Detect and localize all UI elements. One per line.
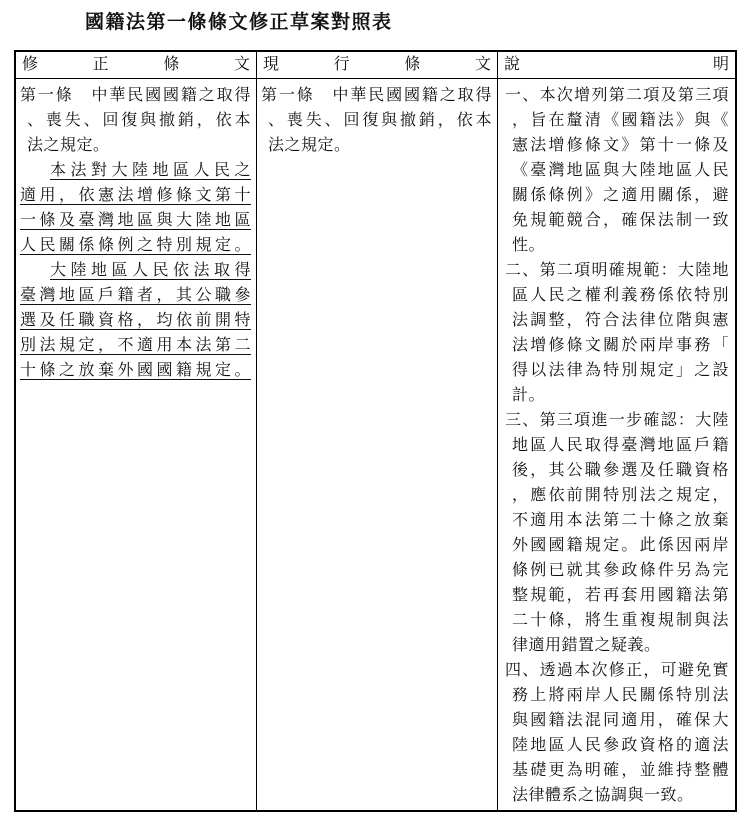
text: 免規範競合，確保法制一致 [512, 212, 729, 229]
underlined-text: 別法規定，不適用本法第二 [20, 337, 251, 354]
text-line: 法律體系之協調與一致。 [505, 783, 729, 808]
text-line: 、喪失、回復與撤銷，依本 [20, 108, 251, 133]
header-cell-amended-text: 修正條文 [16, 52, 257, 78]
current-text-cell: 第一條 中華民國國籍之取得、喪失、回復與撤銷，依本法之規定。 [257, 79, 498, 810]
text: 後，其公職參選及任職資格 [512, 462, 729, 479]
text-line: 後，其公職參選及任職資格 [505, 458, 729, 483]
text-line: 二、第二項明確規範：大陸地 [505, 258, 729, 283]
text-line: ，旨在釐清《國籍法》與《 [505, 108, 729, 133]
text-line: 適用，依憲法增修條文第十 [20, 183, 251, 208]
text-line: 別法規定，不適用本法第二 [20, 333, 251, 358]
text: 、喪失、回復與撤銷，依本 [268, 112, 492, 129]
text: 三、第三項進一步確認：大陸 [505, 412, 729, 429]
text-line: 法增修條文關於兩岸事務「 [505, 333, 729, 358]
text: 地區人民取得臺灣地區戶籍 [512, 437, 729, 454]
text-line: 《臺灣地區與大陸地區人民 [505, 158, 729, 183]
table-header-row: 修正條文 現行條文 說明 [16, 52, 735, 79]
paragraph: 四、透過本次修正，可避免實務上將兩岸人民關係特別法與國籍法混同適用，確保大陸地區… [505, 658, 729, 808]
text: 《臺灣地區與大陸地區人民 [512, 162, 729, 179]
text: 計。 [512, 387, 545, 404]
text-line: 三、第三項進一步確認：大陸 [505, 408, 729, 433]
table-body-row: 第一條 中華民國國籍之取得、喪失、回復與撤銷，依本法之規定。本法對大陸地區人民之… [16, 79, 735, 810]
text-line: 關係條例》之適用關係，避 [505, 183, 729, 208]
header-label-amended-text: 修正條文 [22, 52, 250, 78]
underlined-text: 適用，依憲法增修條文第十 [20, 187, 251, 204]
text-line: ，應依前開特別法之規定， [505, 483, 729, 508]
text: 法增修條文關於兩岸事務「 [512, 337, 729, 354]
text: 律適用錯置之疑義。 [512, 637, 661, 654]
text: 性。 [512, 237, 545, 254]
text: 整規範，若再套用國籍法第 [512, 587, 729, 604]
paragraph: 二、第二項明確規範：大陸地區人民之權利義務係依特別法調整，符合法律位階與憲法增修… [505, 258, 729, 408]
paragraph: 大陸地區人民依法取得臺灣地區戶籍者，其公職參選及任職資格，均依前開特別法規定，不… [20, 258, 251, 383]
underlined-text: 十條之放棄外國國籍規定。 [20, 362, 251, 379]
text: ，旨在釐清《國籍法》與《 [512, 112, 729, 129]
text-line: 性。 [505, 233, 729, 258]
text: 與國籍法混同適用，確保大 [512, 712, 729, 729]
amended-text-cell: 第一條 中華民國國籍之取得、喪失、回復與撤銷，依本法之規定。本法對大陸地區人民之… [16, 79, 257, 810]
text-line: 法之規定。 [261, 133, 492, 158]
underlined-text: 人民關係條例之特別規定。 [20, 237, 251, 254]
text: ，應依前開特別法之規定， [512, 487, 729, 504]
text: 條例已就其參政條件另為完 [512, 562, 729, 579]
text-line: 憲法增修條文》第十一條及 [505, 133, 729, 158]
document-page: 國籍法第一條條文修正草案對照表 修正條文 現行條文 說明 第一條 中華民國國籍之… [0, 0, 750, 823]
text: 四、透過本次修正，可避免實 [505, 662, 729, 679]
header-label-explanation: 說明 [504, 52, 729, 78]
text-line: 第一條 中華民國國籍之取得 [261, 83, 492, 108]
text-line: 條例已就其參政條件另為完 [505, 558, 729, 583]
text-line: 免規範競合，確保法制一致 [505, 208, 729, 233]
comparison-table: 修正條文 現行條文 說明 第一條 中華民國國籍之取得、喪失、回復與撤銷，依本法之… [14, 50, 737, 812]
text-line: 法調整，符合法律位階與憲 [505, 308, 729, 333]
header-cell-explanation: 說明 [498, 52, 735, 78]
explanation-cell: 一、本次增列第二項及第三項，旨在釐清《國籍法》與《憲法增修條文》第十一條及《臺灣… [498, 79, 735, 810]
underlined-text: 大陸地區人民依法取得 [50, 262, 251, 279]
text-line: 一、本次增列第二項及第三項 [505, 83, 729, 108]
text-line: 一條及臺灣地區與大陸地區 [20, 208, 251, 233]
text: 二十條，將生重複規制與法 [512, 612, 729, 629]
text-line: 大陸地區人民依法取得 [20, 258, 251, 283]
text-line: 區人民之權利義務係依特別 [505, 283, 729, 308]
text-line: 四、透過本次修正，可避免實 [505, 658, 729, 683]
paragraph: 第一條 中華民國國籍之取得、喪失、回復與撤銷，依本法之規定。 [261, 83, 492, 158]
text: 不適用本法第二十條之放棄 [512, 512, 729, 529]
page-title: 國籍法第一條條文修正草案對照表 [85, 7, 393, 34]
text-line: 外國國籍規定。此係因兩岸 [505, 533, 729, 558]
text: 得以法律為特別規定」之設 [512, 362, 729, 379]
text-line: 基礎更為明確，並維持整體 [505, 758, 729, 783]
text-line: 律適用錯置之疑義。 [505, 633, 729, 658]
text: 區人民之權利義務係依特別 [512, 287, 729, 304]
paragraph: 三、第三項進一步確認：大陸地區人民取得臺灣地區戶籍後，其公職參選及任職資格，應依… [505, 408, 729, 658]
text: 、喪失、回復與撤銷，依本 [27, 112, 251, 129]
text-line: 整規範，若再套用國籍法第 [505, 583, 729, 608]
text: 一、本次增列第二項及第三項 [505, 87, 729, 104]
underlined-text: 選及任職資格，均依前開特 [20, 312, 251, 329]
text-line: 法之規定。 [20, 133, 251, 158]
text: 基礎更為明確，並維持整體 [512, 762, 729, 779]
text: 陸地區人民參政資格的適法 [512, 737, 729, 754]
paragraph: 第一條 中華民國國籍之取得、喪失、回復與撤銷，依本法之規定。 [20, 83, 251, 158]
text: 關係條例》之適用關係，避 [512, 187, 729, 204]
text-line: 計。 [505, 383, 729, 408]
text: 第一條 中華民國國籍之取得 [20, 87, 251, 104]
text-line: 、喪失、回復與撤銷，依本 [261, 108, 492, 133]
text: 法之規定。 [27, 137, 110, 154]
text-line: 務上將兩岸人民關係特別法 [505, 683, 729, 708]
text-line: 與國籍法混同適用，確保大 [505, 708, 729, 733]
header-label-current-text: 現行條文 [263, 52, 491, 78]
text-line: 人民關係條例之特別規定。 [20, 233, 251, 258]
text-line: 第一條 中華民國國籍之取得 [20, 83, 251, 108]
text: 務上將兩岸人民關係特別法 [512, 687, 729, 704]
text-line: 本法對大陸地區人民之 [20, 158, 251, 183]
text-line: 地區人民取得臺灣地區戶籍 [505, 433, 729, 458]
underlined-text: 一條及臺灣地區與大陸地區 [20, 212, 251, 229]
text: 第一條 中華民國國籍之取得 [261, 87, 492, 104]
text-line: 不適用本法第二十條之放棄 [505, 508, 729, 533]
paragraph: 一、本次增列第二項及第三項，旨在釐清《國籍法》與《憲法增修條文》第十一條及《臺灣… [505, 83, 729, 258]
text-line: 十條之放棄外國國籍規定。 [20, 358, 251, 383]
text-line: 得以法律為特別規定」之設 [505, 358, 729, 383]
text-line: 選及任職資格，均依前開特 [20, 308, 251, 333]
text: 二、第二項明確規範：大陸地 [505, 262, 729, 279]
underlined-text: 臺灣地區戶籍者，其公職參 [20, 287, 251, 304]
text: 外國國籍規定。此係因兩岸 [512, 537, 729, 554]
text-line: 二十條，將生重複規制與法 [505, 608, 729, 633]
text: 憲法增修條文》第十一條及 [512, 137, 729, 154]
text-line: 陸地區人民參政資格的適法 [505, 733, 729, 758]
text: 法之規定。 [268, 137, 351, 154]
text: 法律體系之協調與一致。 [512, 787, 694, 804]
underlined-text: 本法對大陸地區人民之 [50, 162, 251, 179]
header-cell-current-text: 現行條文 [257, 52, 498, 78]
text: 法調整，符合法律位階與憲 [512, 312, 729, 329]
text-line: 臺灣地區戶籍者，其公職參 [20, 283, 251, 308]
paragraph: 本法對大陸地區人民之適用，依憲法增修條文第十一條及臺灣地區與大陸地區人民關係條例… [20, 158, 251, 258]
